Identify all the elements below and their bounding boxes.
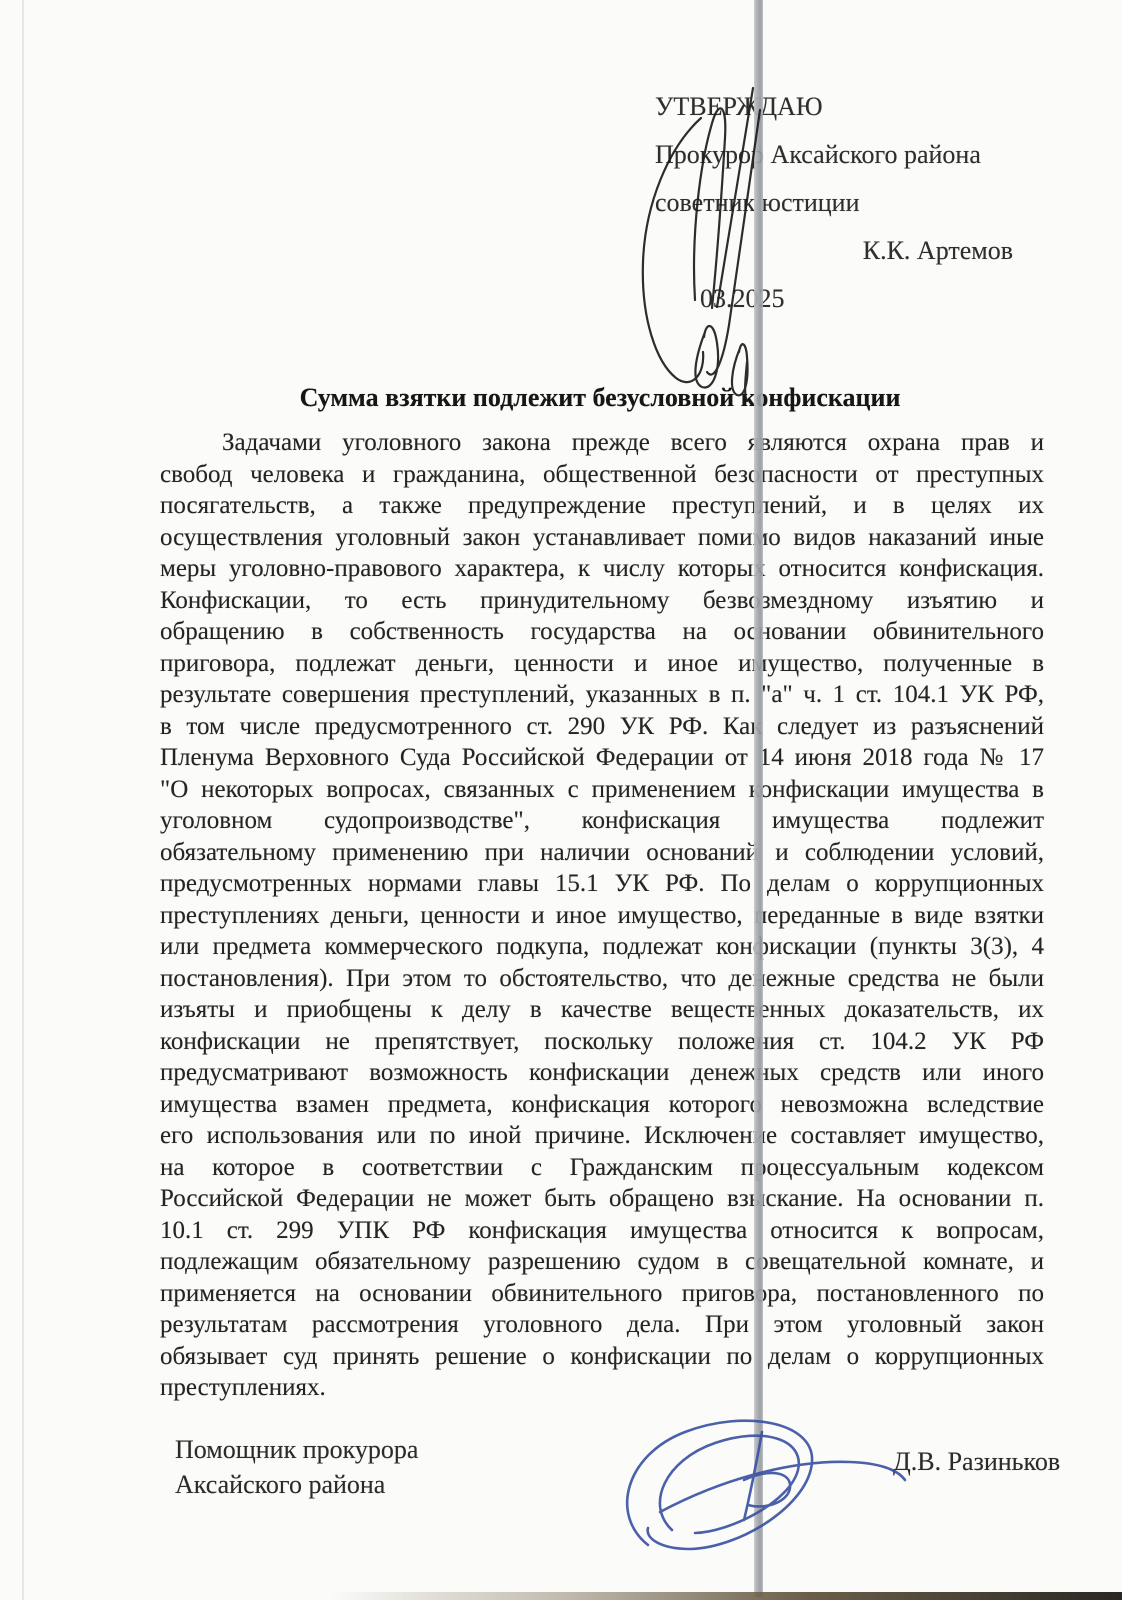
body-line: преступлениях.: [160, 1372, 1044, 1404]
body-line: Российской Федерации не может быть обращ…: [160, 1183, 1044, 1215]
body-line: предусмотренных нормами главы 15.1 УК РФ…: [160, 868, 1044, 900]
body-line: приговора, подлежат деньги, ценности и и…: [160, 648, 1044, 680]
body-line: на которое в соответствии с Гражданским …: [160, 1152, 1044, 1184]
body-line: в том числе предусмотренного ст. 290 УК …: [160, 711, 1044, 743]
body-line: свобод человека и гражданина, общественн…: [160, 459, 1044, 491]
body-line: 10.1 ст. 299 УПК РФ конфискация имуществ…: [160, 1215, 1044, 1247]
document-body: Задачами уголовного закона прежде всего …: [160, 427, 1044, 1404]
body-line: имущества взамен предмета, конфискация к…: [160, 1089, 1044, 1121]
body-line: преступлениях деньги, ценности и иное им…: [160, 900, 1044, 932]
signer-name: Д.В. Разиньков: [893, 1447, 1060, 1477]
body-line: обязывает суд принять решение о конфиска…: [160, 1341, 1044, 1373]
body-line: посягательств, а также предупреждение пр…: [160, 490, 1044, 522]
body-line: конфискации не препятствует, поскольку п…: [160, 1026, 1044, 1058]
signer-position-line1: Помощник прокурора: [175, 1432, 418, 1467]
assistant-signature-icon: [627, 1421, 905, 1549]
body-line: меры уголовно-правового характера, к чис…: [160, 553, 1044, 585]
body-line: изъяты и приобщены к делу в качестве вещ…: [160, 994, 1044, 1026]
body-line: постановления). При этом то обстоятельст…: [160, 963, 1044, 995]
body-line: Задачами уголовного закона прежде всего …: [160, 427, 1044, 459]
body-line: его использования или по иной причине. И…: [160, 1120, 1044, 1152]
body-line: обращению в собственность государства на…: [160, 616, 1044, 648]
approver-rank: советник юстиции: [655, 188, 1013, 236]
body-line: предусматривают возможность конфискации …: [160, 1057, 1044, 1089]
approval-date: 03.2025: [655, 284, 1013, 332]
approval-block: УТВЕРЖДАЮ Прокурор Аксайского района сов…: [655, 92, 1013, 332]
body-line: подлежащим обязательному разрешению судо…: [160, 1246, 1044, 1278]
body-line: Конфискации, то есть принудительному без…: [160, 585, 1044, 617]
body-line: результате совершения преступлений, указ…: [160, 679, 1044, 711]
approval-word: УТВЕРЖДАЮ: [655, 92, 1013, 140]
body-line: или предмета коммерческого подкупа, подл…: [160, 931, 1044, 963]
scan-edge-artifact: [22, 0, 24, 1600]
fold-line-artifact: [754, 0, 763, 1597]
signer-position-line2: Аксайского района: [175, 1467, 418, 1502]
scanned-document-page: УТВЕРЖДАЮ Прокурор Аксайского района сов…: [0, 0, 1122, 1600]
document-title: Сумма взятки подлежит безусловной конфис…: [160, 383, 1040, 413]
body-line: применяется на основании обвинительного …: [160, 1278, 1044, 1310]
approver-title: Прокурор Аксайского района: [655, 140, 1013, 188]
body-line: обязательному применению при наличии осн…: [160, 837, 1044, 869]
body-line: Пленума Верховного Суда Российской Федер…: [160, 742, 1044, 774]
approver-name: К.К. Артемов: [655, 236, 1013, 284]
body-line: "О некоторых вопросах, связанных с приме…: [160, 774, 1044, 806]
scan-bottom-shadow: [330, 1592, 1122, 1600]
body-line: осуществления уголовный закон устанавлив…: [160, 522, 1044, 554]
signer-position: Помощник прокурора Аксайского района: [175, 1432, 418, 1502]
body-line: уголовном судопроизводстве", конфискация…: [160, 805, 1044, 837]
body-line: результатам рассмотрения уголовного дела…: [160, 1309, 1044, 1341]
